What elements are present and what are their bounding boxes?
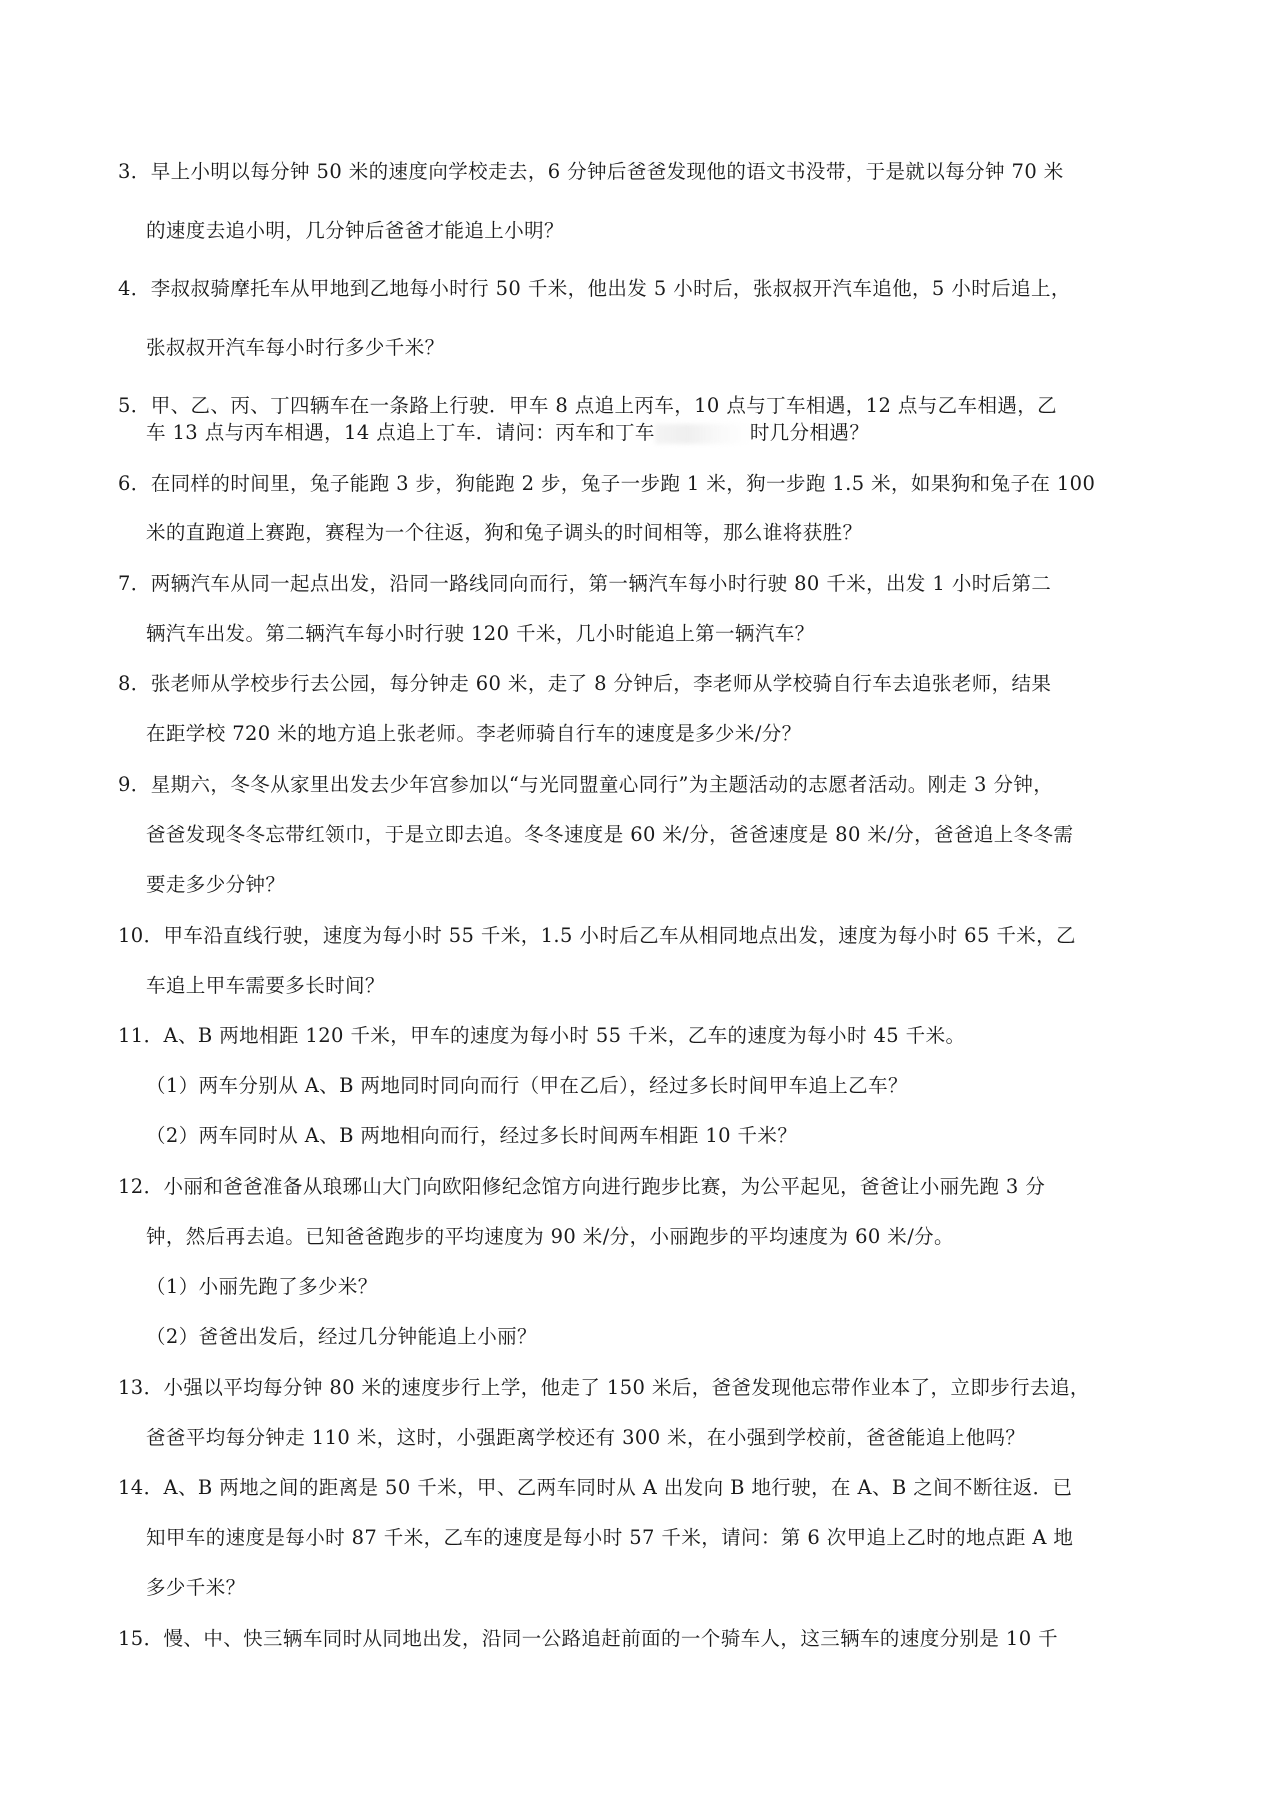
problem-number: 8． <box>118 672 151 695</box>
problem-text: A、B 两地之间的距离是 50 千米，甲、乙两车同时从 A 出发向 B 地行驶，… <box>164 1476 1073 1499</box>
problem-text: 早上小明以每分钟 50 米的速度向学校走去，6 分钟后爸爸发现他的语文书没带，于… <box>151 160 1064 183</box>
problem-4-line-2: 张叔叔开汽车每小时行多少千米？ <box>146 334 445 362</box>
problem-number: 4． <box>118 277 151 300</box>
problem-number: 3． <box>118 160 151 183</box>
problem-text: 车 13 点与丙车相遇，14 点追上丁车．请问：丙车和丁车 <box>146 421 655 444</box>
problem-number: 7． <box>118 572 151 595</box>
problem-5-line-2: 车 13 点与丙车相遇，14 点追上丁车．请问：丙车和丁车时几分相遇？ <box>146 419 869 447</box>
problem-9-line-2: 爸爸发现冬冬忘带红领巾，于是立即去追。冬冬速度是 60 米/分，爸爸速度是 80… <box>146 821 1073 849</box>
problem-9-line-1: 9．星期六，冬冬从家里出发去少年宫参加以“与光同盟童心同行”为主题活动的志愿者活… <box>118 771 1053 799</box>
problem-number: 5． <box>118 394 151 417</box>
problem-11-subquestion-1: （1）两车分别从 A、B 两地同时同向而行（甲在乙后），经过多长时间甲车追上乙车… <box>146 1072 908 1100</box>
problem-3-line-1: 3．早上小明以每分钟 50 米的速度向学校走去，6 分钟后爸爸发现他的语文书没带… <box>118 158 1064 186</box>
problem-5-line-1: 5．甲、乙、丙、丁四辆车在一条路上行驶．甲车 8 点追上丙车，10 点与丁车相遇… <box>118 392 1057 420</box>
problem-12-line-2: 钟，然后再去追。已知爸爸跑步的平均速度为 90 米/分，小丽跑步的平均速度为 6… <box>146 1223 954 1251</box>
problem-text: 星期六，冬冬从家里出发去少年宫参加以“与光同盟童心同行”为主题活动的志愿者活动。… <box>151 773 1053 796</box>
problem-text: 甲车沿直线行驶，速度为每小时 55 千米，1.5 小时后乙车从相同地点出发，速度… <box>164 924 1076 947</box>
problem-12-subquestion-2: （2）爸爸出发后，经过几分钟能追上小丽？ <box>146 1323 537 1351</box>
problem-12-subquestion-1: （1）小丽先跑了多少米？ <box>146 1273 378 1301</box>
problem-number: 10． <box>118 924 164 947</box>
problem-15-line-1: 15．慢、中、快三辆车同时从同地出发，沿同一公路追赶前面的一个骑车人，这三辆车的… <box>118 1625 1058 1653</box>
problem-text: 甲、乙、丙、丁四辆车在一条路上行驶．甲车 8 点追上丙车，10 点与丁车相遇，1… <box>151 394 1057 417</box>
problem-text: 李叔叔骑摩托车从甲地到乙地每小时行 50 千米，他出发 5 小时后，张叔叔开汽车… <box>151 277 1071 300</box>
problem-text: 在同样的时间里，兔子能跑 3 步，狗能跑 2 步，兔子一步跑 1 米，狗一步跑 … <box>151 472 1096 495</box>
problem-6-line-1: 6．在同样的时间里，兔子能跑 3 步，狗能跑 2 步，兔子一步跑 1 米，狗一步… <box>118 470 1095 498</box>
problem-text: 张老师从学校步行去公园，每分钟走 60 米，走了 8 分钟后，李老师从学校骑自行… <box>151 672 1052 695</box>
problem-number: 15． <box>118 1627 164 1650</box>
problem-number: 12． <box>118 1175 164 1198</box>
problem-number: 6． <box>118 472 151 495</box>
problem-10-line-2: 车追上甲车需要多长时间？ <box>146 972 385 1000</box>
problem-11-subquestion-2: （2）两车同时从 A、B 两地相向而行，经过多长时间两车相距 10 千米？ <box>146 1122 797 1150</box>
problem-text: A、B 两地相距 120 千米，甲车的速度为每小时 55 千米，乙车的速度为每小… <box>164 1024 966 1047</box>
problem-13-line-2: 爸爸平均每分钟走 110 米，这时，小强距离学校还有 300 米，在小强到学校前… <box>146 1424 1025 1452</box>
problem-number: 13． <box>118 1376 164 1399</box>
problem-4-line-1: 4．李叔叔骑摩托车从甲地到乙地每小时行 50 千米，他出发 5 小时后，张叔叔开… <box>118 275 1071 303</box>
problem-number: 14． <box>118 1476 164 1499</box>
problem-text: 两辆汽车从同一起点出发，沿同一路线同向而行，第一辆汽车每小时行驶 80 千米，出… <box>151 572 1052 595</box>
problem-text: 慢、中、快三辆车同时从同地出发，沿同一公路追赶前面的一个骑车人，这三辆车的速度分… <box>164 1627 1059 1650</box>
problem-7-line-2: 辆汽车出发。第二辆汽车每小时行驶 120 千米，几小时能追上第一辆汽车？ <box>146 620 815 648</box>
problem-9-line-3: 要走多少分钟？ <box>146 871 285 899</box>
problem-13-line-1: 13．小强以平均每分钟 80 米的速度步行上学，他走了 150 米后，爸爸发现他… <box>118 1374 1090 1402</box>
problem-8-line-2: 在距学校 720 米的地方追上张老师。李老师骑自行车的速度是多少米/分？ <box>146 720 802 748</box>
problem-6-line-2: 米的直跑道上赛跑，赛程为一个往返，狗和兔子调头的时间相等，那么谁将获胜？ <box>146 519 862 547</box>
problem-number: 9． <box>118 773 151 796</box>
problem-number: 11． <box>118 1024 164 1047</box>
problem-14-line-3: 多少千米？ <box>146 1574 246 1602</box>
problem-11-line-1: 11．A、B 两地相距 120 千米，甲车的速度为每小时 55 千米，乙车的速度… <box>118 1022 965 1050</box>
problem-14-line-1: 14．A、B 两地之间的距离是 50 千米，甲、乙两车同时从 A 出发向 B 地… <box>118 1474 1072 1502</box>
problem-text: 小丽和爸爸准备从琅琊山大门向欧阳修纪念馆方向进行跑步比赛，为公平起见，爸爸让小丽… <box>164 1175 1046 1198</box>
problem-10-line-1: 10．甲车沿直线行驶，速度为每小时 55 千米，1.5 小时后乙车从相同地点出发… <box>118 922 1076 950</box>
problem-14-line-2: 知甲车的速度是每小时 87 千米，乙车的速度是每小时 57 千米，请问：第 6 … <box>146 1524 1073 1552</box>
problem-12-line-1: 12．小丽和爸爸准备从琅琊山大门向欧阳修纪念馆方向进行跑步比赛，为公平起见，爸爸… <box>118 1173 1045 1201</box>
problem-text: 时几分相遇？ <box>750 421 869 444</box>
problem-3-line-2: 的速度去追小明，几分钟后爸爸才能追上小明？ <box>146 217 564 245</box>
problem-8-line-1: 8．张老师从学校步行去公园，每分钟走 60 米，走了 8 分钟后，李老师从学校骑… <box>118 670 1051 698</box>
redacted-blur <box>655 424 750 444</box>
problem-7-line-1: 7．两辆汽车从同一起点出发，沿同一路线同向而行，第一辆汽车每小时行驶 80 千米… <box>118 570 1051 598</box>
problem-text: 小强以平均每分钟 80 米的速度步行上学，他走了 150 米后，爸爸发现他忘带作… <box>164 1376 1090 1399</box>
worksheet-page: 3．早上小明以每分钟 50 米的速度向学校走去，6 分钟后爸爸发现他的语文书没带… <box>0 0 1280 1810</box>
